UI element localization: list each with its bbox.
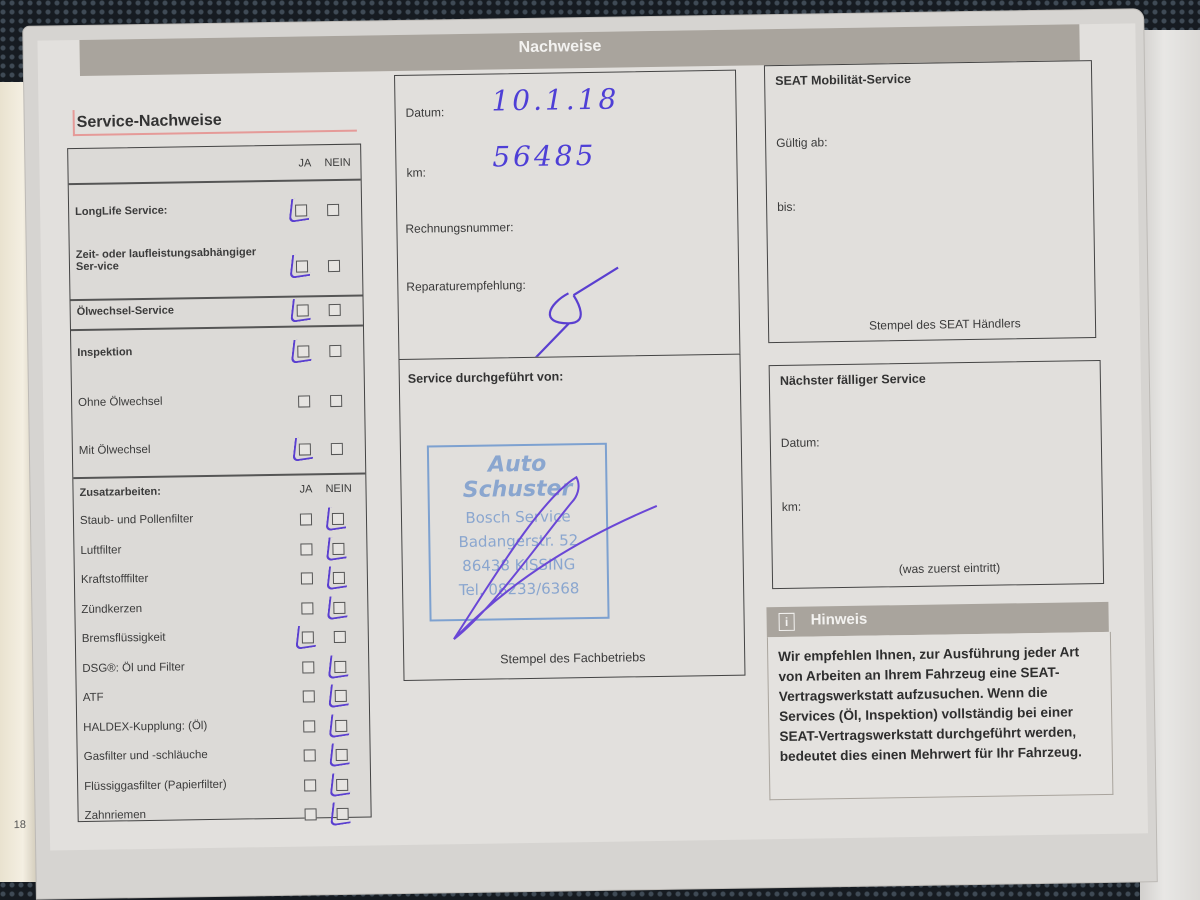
- note-body: Wir empfehlen Ihnen, zur Ausführung jede…: [767, 632, 1114, 800]
- checklist-row: ATF: [77, 682, 369, 715]
- checklist-label: Ölwechsel-Service: [77, 305, 174, 319]
- checklist-row: Ölwechsel-Service: [71, 295, 363, 330]
- checkbox-nein[interactable]: [336, 749, 348, 761]
- checklist-label: Staub- und Pollenfilter: [80, 513, 193, 527]
- extras-header: Zusatzarbeiten:JANEIN: [73, 477, 365, 506]
- checkbox-nein[interactable]: [337, 808, 349, 820]
- checklist-label: Inspektion: [77, 346, 132, 359]
- checklist-label: Zündkerzen: [81, 603, 142, 616]
- column-header-ja: JA: [298, 157, 311, 169]
- info-icon: i: [779, 613, 795, 631]
- checkbox-ja[interactable]: [301, 572, 313, 584]
- checklist-label: HALDEX-Kupplung: (Öl): [83, 720, 207, 734]
- km-value[interactable]: 56485: [492, 139, 597, 174]
- mobility-title: SEAT Mobilität-Service: [775, 72, 911, 88]
- signature-mark: [431, 456, 664, 650]
- column-header-nein: NEIN: [324, 157, 350, 169]
- checklist-row: HALDEX-Kupplung: (Öl): [77, 711, 369, 744]
- km-label: km:: [406, 166, 426, 180]
- checkbox-ja[interactable]: [300, 543, 312, 555]
- checklist-row: Gasfilter und -schläuche: [78, 740, 370, 773]
- dealer-stamp-caption: Stempel des SEAT Händlers: [869, 316, 1021, 332]
- signature-mark: [528, 262, 650, 364]
- checkbox-ja[interactable]: [302, 661, 314, 673]
- valid-to-label: bis:: [777, 200, 796, 214]
- checkbox-nein[interactable]: [333, 601, 345, 613]
- checkbox-ja[interactable]: [295, 204, 307, 216]
- checklist-row: Bremsflüssigkeit: [76, 623, 368, 656]
- checkbox-ja[interactable]: [299, 443, 311, 455]
- next-km-label: km:: [782, 500, 802, 514]
- datum-label: Datum:: [406, 105, 445, 120]
- checkbox-nein[interactable]: [335, 690, 347, 702]
- booklet-page: Nachweise Service-Nachweise JA NEIN Long…: [23, 9, 1157, 898]
- valid-from-label: Gültig ab:: [776, 135, 828, 150]
- checklist-label: DSG®: Öl und Filter: [82, 661, 185, 675]
- checkbox-ja[interactable]: [305, 808, 317, 820]
- section-title: Service-Nachweise: [77, 112, 222, 132]
- checkbox-ja[interactable]: [304, 749, 316, 761]
- rechnungsnummer-label: Rechnungsnummer:: [405, 220, 513, 236]
- checkbox-ja[interactable]: [301, 602, 313, 614]
- section-accent: [73, 110, 75, 136]
- checkbox-ja[interactable]: [297, 304, 309, 316]
- checkbox-ja[interactable]: [302, 631, 314, 643]
- checkbox-nein[interactable]: [333, 572, 345, 584]
- checkbox-ja[interactable]: [303, 690, 315, 702]
- column-header-ja: JA: [299, 483, 312, 495]
- checklist-row: Zündkerzen: [75, 593, 367, 626]
- checklist-label: Kraftstofffilter: [81, 573, 149, 586]
- datum-value[interactable]: 10.1.18: [491, 82, 619, 117]
- checklist-label: Zeit- oder laufleistungsabhängiger Ser-v…: [76, 246, 276, 273]
- next-service-caption: (was zuerst eintritt): [899, 561, 1001, 577]
- checklist-row: Zahnriemen: [78, 799, 370, 832]
- next-datum-label: Datum:: [781, 435, 820, 450]
- checkbox-nein[interactable]: [330, 395, 342, 407]
- checkbox-ja[interactable]: [300, 513, 312, 525]
- stamp-caption: Stempel des Fachbetriebs: [500, 650, 645, 666]
- page-number: 18: [14, 819, 26, 831]
- column-header-nein: NEIN: [325, 483, 351, 495]
- checkbox-ja[interactable]: [296, 260, 308, 272]
- checklist-row: Kraftstofffilter: [75, 564, 367, 597]
- checklist-row: Inspektion: [71, 325, 364, 382]
- checklist-row: Staub- und Pollenfilter: [74, 505, 366, 538]
- extras-title: Zusatzarbeiten:: [79, 486, 160, 499]
- checklist-row: Mit Ölwechsel: [73, 425, 366, 478]
- note-text: Wir empfehlen Ihnen, zur Ausführung jede…: [778, 642, 1102, 767]
- checklist-label: ATF: [83, 692, 104, 704]
- checkbox-ja[interactable]: [298, 395, 310, 407]
- checklist-label: Gasfilter und -schläuche: [84, 749, 208, 763]
- service-performed-box: Service durchgeführt von: Auto Schuster …: [398, 354, 745, 681]
- service-details-box: Datum: 10.1.18 km: 56485 Rechnungsnummer…: [394, 70, 740, 363]
- checkbox-nein[interactable]: [332, 513, 344, 525]
- checkbox-ja[interactable]: [297, 345, 309, 357]
- reparaturempfehlung-label: Reparaturempfehlung:: [406, 278, 526, 294]
- next-service-title: Nächster fälliger Service: [780, 372, 926, 388]
- checkbox-nein[interactable]: [336, 778, 348, 790]
- checkbox-nein[interactable]: [335, 719, 347, 731]
- checkbox-ja[interactable]: [303, 720, 315, 732]
- checklist-label: Bremsflüssigkeit: [82, 632, 166, 645]
- checkbox-nein[interactable]: [329, 304, 341, 316]
- checkbox-nein[interactable]: [332, 542, 344, 554]
- mobility-service-box: SEAT Mobilität-Service Gültig ab: bis: S…: [764, 60, 1096, 343]
- checklist-row: DSG®: Öl und Filter: [76, 652, 368, 685]
- checklist-row: Zeit- oder laufleistungsabhängiger Ser-v…: [70, 237, 363, 300]
- checklist-label: Zahnriemen: [85, 809, 147, 822]
- checkbox-nein[interactable]: [334, 631, 346, 643]
- checkbox-nein[interactable]: [329, 345, 341, 357]
- checklist-label: Luftfilter: [80, 544, 121, 557]
- checklist-row: Ohne Ölwechsel: [72, 377, 365, 430]
- checklist-row: LongLife Service:: [69, 183, 362, 242]
- page-header-title: Nachweise: [518, 38, 601, 57]
- checkbox-ja[interactable]: [304, 779, 316, 791]
- performed-by-title: Service durchgeführt von:: [408, 369, 564, 385]
- checklist-row: Flüssiggasfilter (Papierfilter): [78, 770, 370, 803]
- service-checklist-table: JA NEIN LongLife Service:Zeit- oder lauf…: [67, 144, 372, 823]
- checklist-label: Ohne Ölwechsel: [78, 396, 163, 409]
- checklist-row: Luftfilter: [74, 534, 366, 567]
- checklist-label: Mit Ölwechsel: [79, 444, 151, 457]
- checklist-label: Flüssiggasfilter (Papierfilter): [84, 778, 227, 792]
- next-service-box: Nächster fälliger Service Datum: km: (wa…: [769, 360, 1104, 589]
- checkbox-nein[interactable]: [328, 260, 340, 272]
- checklist-label: LongLife Service:: [75, 205, 167, 218]
- checkbox-nein[interactable]: [334, 660, 346, 672]
- note-title: Hinweis: [811, 611, 868, 629]
- checkbox-nein[interactable]: [327, 204, 339, 216]
- checkbox-nein[interactable]: [331, 443, 343, 455]
